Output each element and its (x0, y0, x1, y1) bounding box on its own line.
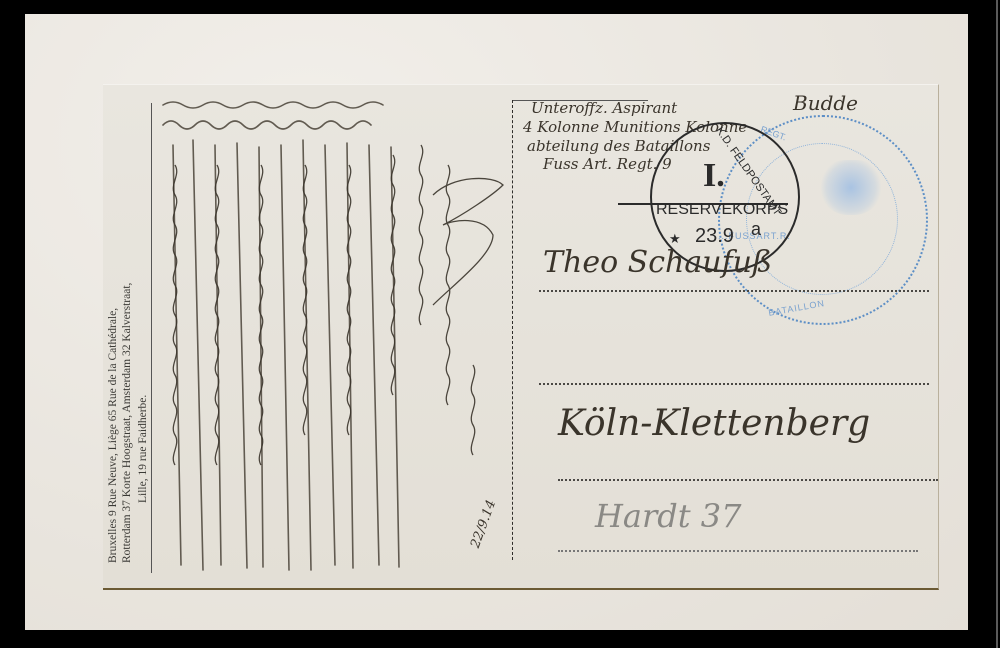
recipient-city: Köln-Klettenberg (558, 403, 870, 444)
address-divider (512, 100, 513, 560)
sender-rank: Unteroffz. Aspirant (531, 99, 677, 117)
address-line-4 (558, 550, 918, 552)
imprint-line-3: Lille, 19 rue Faidherbe. (137, 395, 149, 503)
postmark-strike-line (618, 203, 788, 205)
recipient-name: Theo Schaufuß (543, 245, 772, 280)
imprint-line-2: Rotterdam 37 Korte Hoogstraat, Amsterdam… (121, 283, 133, 563)
postcard: Bruxelles 9 Rue Neuve, Liège 65 Rue de l… (103, 84, 939, 590)
printer-imprint: Bruxelles 9 Rue Neuve, Liège 65 Rue de l… (107, 93, 155, 573)
recipient-street: Hardt 37 (595, 497, 742, 535)
imprint-rule (151, 103, 152, 573)
address-line-1 (539, 290, 929, 292)
address-line-2 (539, 383, 929, 385)
address-line-3 (558, 479, 938, 481)
photo-right-edge (996, 0, 998, 648)
postmark-suffix: a (751, 219, 761, 240)
postmark-number: I. (703, 157, 725, 195)
eagle-emblem-icon (821, 160, 881, 215)
card-mount: Bruxelles 9 Rue Neuve, Liège 65 Rue de l… (25, 14, 968, 630)
imprint-line-1: Bruxelles 9 Rue Neuve, Liège 65 Rue de l… (107, 308, 119, 563)
sender-name: Budde (793, 91, 858, 115)
sender-unit-3: Fuss Art. Regt. 9 (543, 155, 672, 173)
